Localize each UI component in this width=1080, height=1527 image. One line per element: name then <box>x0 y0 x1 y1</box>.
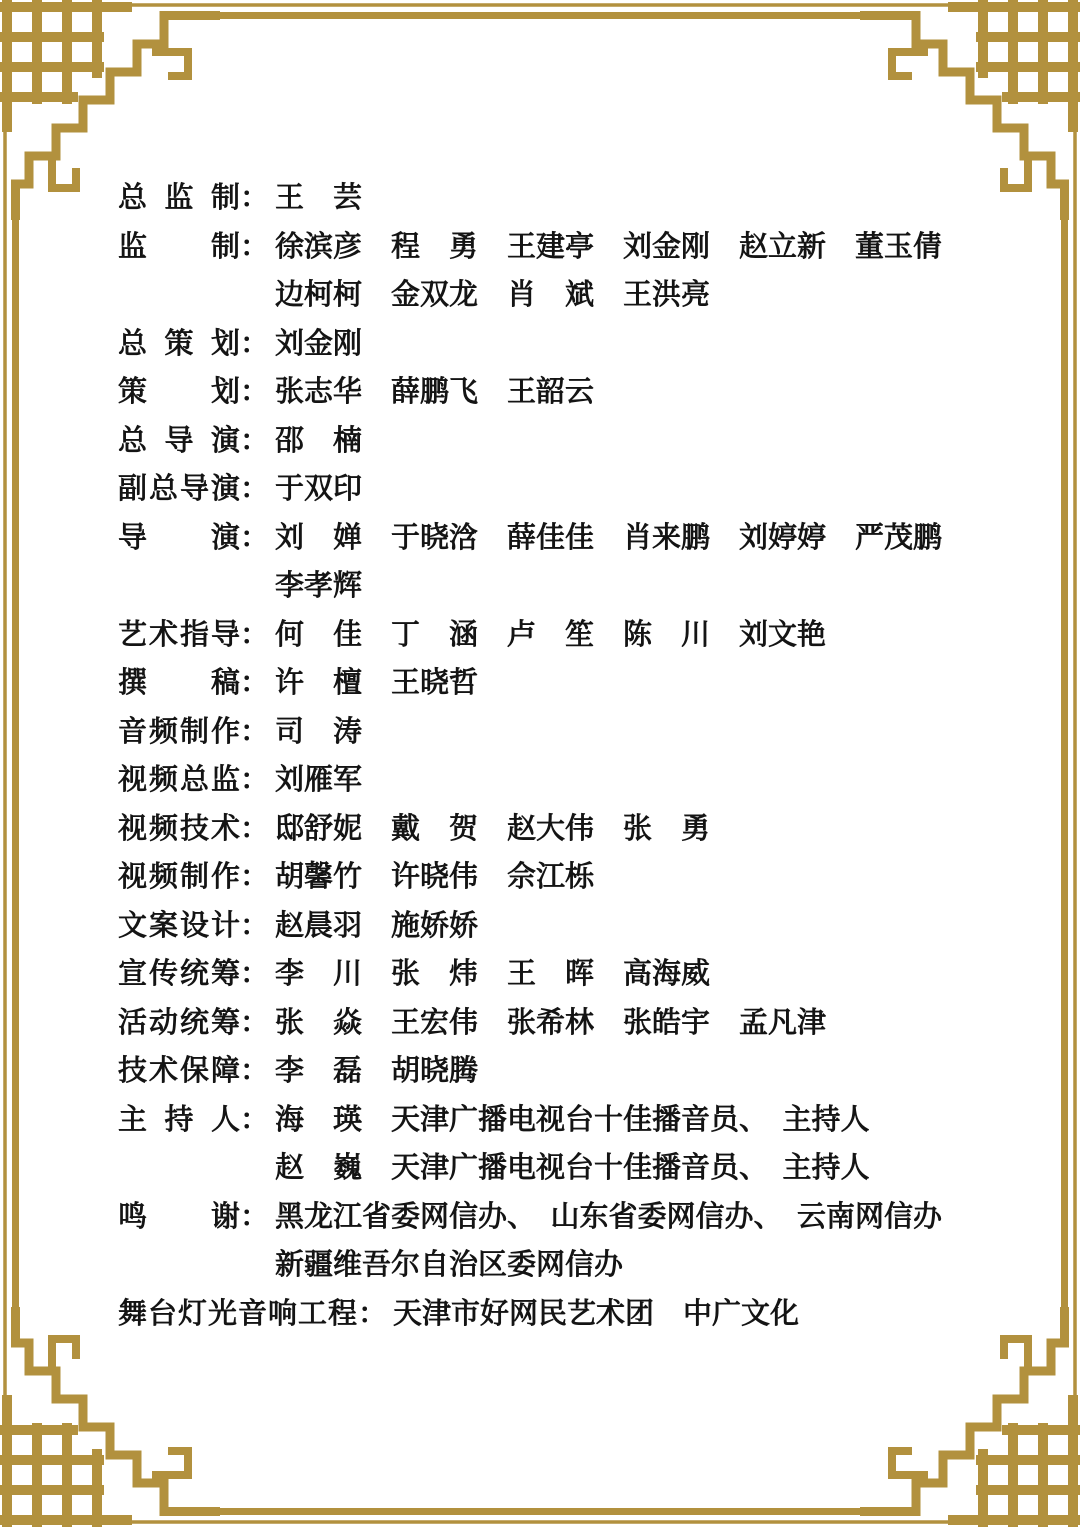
credit-row: 总监制 ： 王 芸 <box>118 174 1010 223</box>
credit-colon: ： <box>240 1193 269 1242</box>
credit-name-line: 张志华 薛鹏飞 王韶云 <box>275 368 594 417</box>
credit-row: 文案设计 ： 赵晨羽 施娇娇 <box>118 902 1010 951</box>
credit-row: 副总导演 ： 于双印 <box>118 465 1010 514</box>
credit-names: 天津市好网民艺术团 中广文化 <box>393 1290 799 1339</box>
credit-name-line: 赵 巍 天津广播电视台十佳播音员、 主持人 <box>275 1144 870 1193</box>
credit-names: 邵 楠 <box>275 417 362 466</box>
credit-role-label: 文案设计 <box>118 902 240 951</box>
credit-colon: ： <box>240 999 269 1048</box>
credit-names: 海 瑛 天津广播电视台十佳播音员、 主持人赵 巍 天津广播电视台十佳播音员、 主… <box>275 1096 870 1193</box>
credit-role-label: 鸣谢 <box>118 1193 240 1242</box>
credit-name-line: 司 涛 <box>275 708 362 757</box>
credit-row: 艺术指导 ： 何 佳 丁 涵 卢 笙 陈 川 刘文艳 <box>118 611 1010 660</box>
credit-role-label: 总监制 <box>118 174 240 223</box>
credit-role-label: 导演 <box>118 514 240 563</box>
credit-names: 张志华 薛鹏飞 王韶云 <box>275 368 594 417</box>
credit-colon: ： <box>240 902 269 951</box>
credit-name-line: 李 磊 胡晓腾 <box>275 1047 478 1096</box>
credit-name-line: 海 瑛 天津广播电视台十佳播音员、 主持人 <box>275 1096 870 1145</box>
credit-colon: ： <box>240 174 269 223</box>
credit-row: 音频制作 ： 司 涛 <box>118 708 1010 757</box>
credit-role-label: 宣传统筹 <box>118 950 240 999</box>
credit-colon: ： <box>240 1096 269 1145</box>
credit-role-label: 视频制作 <box>118 853 240 902</box>
credit-row: 主持人 ： 海 瑛 天津广播电视台十佳播音员、 主持人赵 巍 天津广播电视台十佳… <box>118 1096 1010 1193</box>
credit-colon: ： <box>240 611 269 660</box>
credit-row: 撰稿 ： 许 檀 王晓哲 <box>118 659 1010 708</box>
credit-name-line: 刘 婵 于晓浛 薛佳佳 肖来鹏 刘婷婷 严茂鹏 <box>275 514 942 563</box>
credit-names: 司 涛 <box>275 708 362 757</box>
credit-name-line: 李 川 张 炜 王 晖 高海威 <box>275 950 710 999</box>
credit-names: 何 佳 丁 涵 卢 笙 陈 川 刘文艳 <box>275 611 826 660</box>
credit-role-label: 活动统筹 <box>118 999 240 1048</box>
credit-row: 舞台灯光音响工程 ： 天津市好网民艺术团 中广文化 <box>118 1290 1010 1339</box>
credit-names: 黑龙江省委网信办、 山东省委网信办、 云南网信办新疆维吾尔自治区委网信办 <box>275 1193 942 1290</box>
credit-row: 宣传统筹 ： 李 川 张 炜 王 晖 高海威 <box>118 950 1010 999</box>
credit-name-line: 王 芸 <box>275 174 362 223</box>
credit-name-line: 邵 楠 <box>275 417 362 466</box>
credit-name-line: 张 焱 王宏伟 张希林 张皓宇 孟凡津 <box>275 999 826 1048</box>
credit-role-label: 主持人 <box>118 1096 240 1145</box>
credit-row: 总导演 ： 邵 楠 <box>118 417 1010 466</box>
credit-name-line: 边柯柯 金双龙 肖 斌 王洪亮 <box>275 271 942 320</box>
credit-name-line: 何 佳 丁 涵 卢 笙 陈 川 刘文艳 <box>275 611 826 660</box>
credit-role-label: 总导演 <box>118 417 240 466</box>
credit-names: 徐滨彦 程 勇 王建亭 刘金刚 赵立新 董玉倩边柯柯 金双龙 肖 斌 王洪亮 <box>275 223 942 320</box>
credit-colon: ： <box>240 708 269 757</box>
corner-ornament-bottom-left <box>0 1307 220 1527</box>
credit-row: 总策划 ： 刘金刚 <box>118 320 1010 369</box>
credit-row: 监制 ： 徐滨彦 程 勇 王建亭 刘金刚 赵立新 董玉倩边柯柯 金双龙 肖 斌 … <box>118 223 1010 320</box>
credit-colon: ： <box>240 853 269 902</box>
credit-name-line: 胡馨竹 许晓伟 佘江栎 <box>275 853 594 902</box>
credit-name-line: 李孝辉 <box>275 562 942 611</box>
credit-colon: ： <box>240 1047 269 1096</box>
credit-name-line: 徐滨彦 程 勇 王建亭 刘金刚 赵立新 董玉倩 <box>275 223 942 272</box>
credit-row: 鸣谢 ： 黑龙江省委网信办、 山东省委网信办、 云南网信办新疆维吾尔自治区委网信… <box>118 1193 1010 1290</box>
credit-row: 视频制作 ： 胡馨竹 许晓伟 佘江栎 <box>118 853 1010 902</box>
credit-names: 刘雁军 <box>275 756 362 805</box>
credit-name-line: 天津市好网民艺术团 中广文化 <box>393 1290 799 1339</box>
credit-names: 张 焱 王宏伟 张希林 张皓宇 孟凡津 <box>275 999 826 1048</box>
corner-ornament-bottom-right <box>860 1307 1080 1527</box>
credit-name-line: 于双印 <box>275 465 362 514</box>
credit-role-label: 音频制作 <box>118 708 240 757</box>
credit-colon: ： <box>240 659 269 708</box>
credit-row: 视频总监 ： 刘雁军 <box>118 756 1010 805</box>
credit-name-line: 新疆维吾尔自治区委网信办 <box>275 1241 942 1290</box>
credit-names: 李 磊 胡晓腾 <box>275 1047 478 1096</box>
credit-colon: ： <box>240 514 269 563</box>
credit-colon: ： <box>240 223 269 272</box>
credit-names: 刘 婵 于晓浛 薛佳佳 肖来鹏 刘婷婷 严茂鹏李孝辉 <box>275 514 942 611</box>
credit-role-label: 副总导演 <box>118 465 240 514</box>
credit-role-label: 舞台灯光音响工程 <box>118 1290 358 1339</box>
credit-names: 李 川 张 炜 王 晖 高海威 <box>275 950 710 999</box>
credit-colon: ： <box>240 368 269 417</box>
credit-colon: ： <box>358 1290 387 1339</box>
credit-names: 胡馨竹 许晓伟 佘江栎 <box>275 853 594 902</box>
credit-role-label: 总策划 <box>118 320 240 369</box>
credits-page: { "colors": { "gold": "#B2913E", "text":… <box>0 0 1080 1527</box>
credit-name-line: 黑龙江省委网信办、 山东省委网信办、 云南网信办 <box>275 1193 942 1242</box>
credit-names: 于双印 <box>275 465 362 514</box>
credit-row: 导演 ： 刘 婵 于晓浛 薛佳佳 肖来鹏 刘婷婷 严茂鹏李孝辉 <box>118 514 1010 611</box>
credit-names: 刘金刚 <box>275 320 362 369</box>
credit-name-line: 赵晨羽 施娇娇 <box>275 902 478 951</box>
credit-colon: ： <box>240 417 269 466</box>
credit-name-line: 邸舒妮 戴 贺 赵大伟 张 勇 <box>275 805 710 854</box>
credit-role-label: 视频总监 <box>118 756 240 805</box>
credit-role-label: 策划 <box>118 368 240 417</box>
credit-role-label: 监制 <box>118 223 240 272</box>
credit-name-line: 许 檀 王晓哲 <box>275 659 478 708</box>
credit-colon: ： <box>240 756 269 805</box>
credit-colon: ： <box>240 950 269 999</box>
credit-names: 赵晨羽 施娇娇 <box>275 902 478 951</box>
credit-row: 活动统筹 ： 张 焱 王宏伟 张希林 张皓宇 孟凡津 <box>118 999 1010 1048</box>
credit-row: 视频技术 ： 邸舒妮 戴 贺 赵大伟 张 勇 <box>118 805 1010 854</box>
credit-names: 许 檀 王晓哲 <box>275 659 478 708</box>
credit-role-label: 技术保障 <box>118 1047 240 1096</box>
credit-role-label: 视频技术 <box>118 805 240 854</box>
credit-colon: ： <box>240 805 269 854</box>
credit-role-label: 撰稿 <box>118 659 240 708</box>
credits-list: 总监制 ： 王 芸 监制 ： 徐滨彦 程 勇 王建亭 刘金刚 赵立新 董玉倩边柯… <box>118 174 1010 1338</box>
credit-name-line: 刘雁军 <box>275 756 362 805</box>
credit-names: 王 芸 <box>275 174 362 223</box>
credit-row: 技术保障 ： 李 磊 胡晓腾 <box>118 1047 1010 1096</box>
credit-colon: ： <box>240 320 269 369</box>
credit-role-label: 艺术指导 <box>118 611 240 660</box>
credit-names: 邸舒妮 戴 贺 赵大伟 张 勇 <box>275 805 710 854</box>
credit-row: 策划 ： 张志华 薛鹏飞 王韶云 <box>118 368 1010 417</box>
credit-name-line: 刘金刚 <box>275 320 362 369</box>
credit-colon: ： <box>240 465 269 514</box>
